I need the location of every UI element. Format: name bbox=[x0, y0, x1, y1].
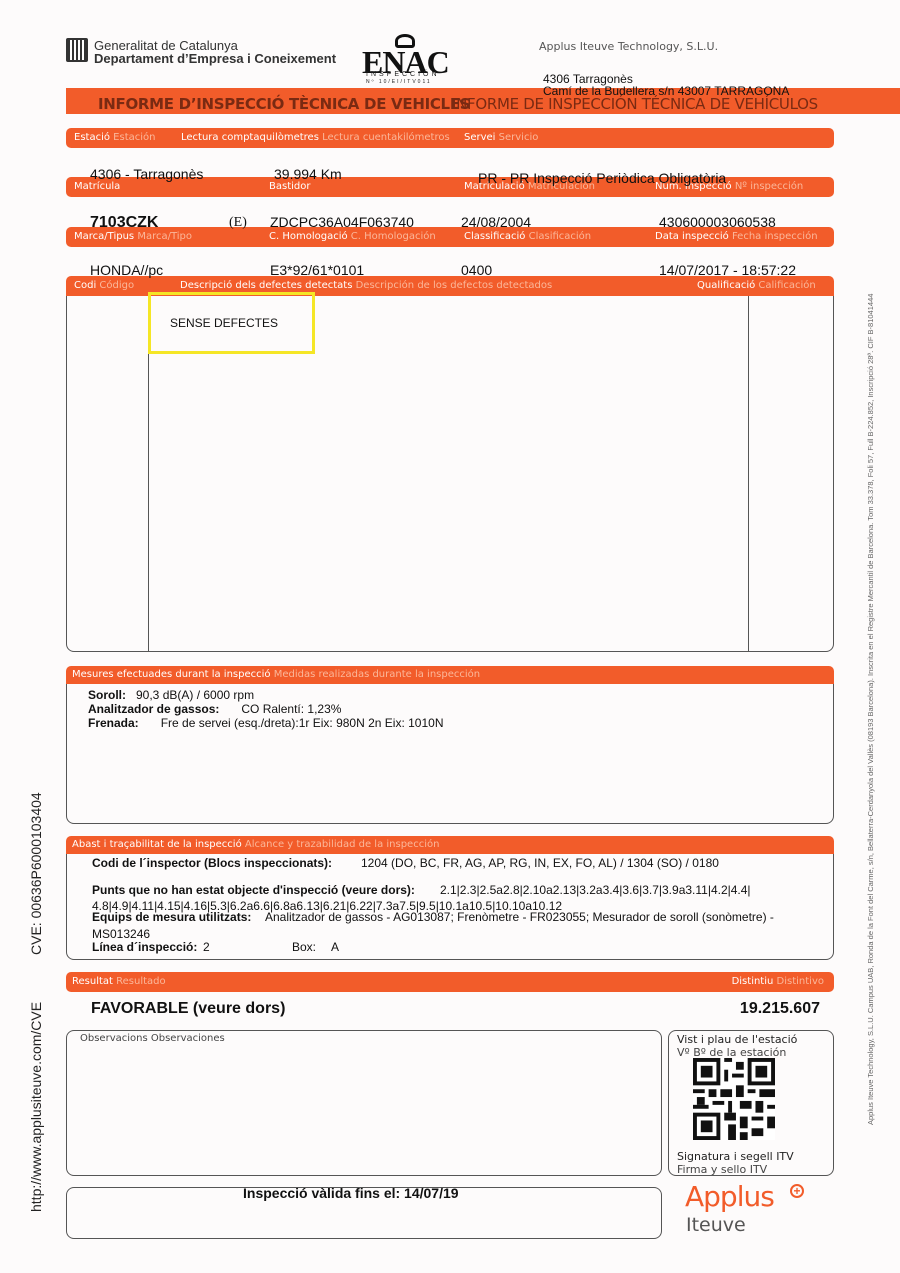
label-num-inspeccion: Nº inspección bbox=[735, 181, 803, 192]
measure-gassos: Analitzador de gassos:CO Ralentí: 1,23% bbox=[88, 702, 341, 716]
stamp-vist-ca: Vist i plau de l'estació bbox=[677, 1033, 797, 1046]
scope-box-value: A bbox=[331, 940, 339, 954]
value-matriculacio: 24/08/2004 bbox=[461, 214, 531, 230]
stamp-sign-es: Firma y sello ITV bbox=[677, 1163, 767, 1176]
scope-box-label: Box: bbox=[292, 940, 316, 954]
label-marca-es: Marca/Tipo bbox=[137, 231, 192, 242]
label-observacions: Observacions bbox=[80, 1033, 148, 1044]
value-servei: PR - PR Inspecció Periòdica Obligatòria bbox=[478, 170, 726, 186]
label-marca: Marca/Tipus bbox=[74, 231, 134, 242]
header-bar-measures: Mesures efectuades durant la inspecció M… bbox=[66, 666, 834, 684]
header-bar-marca: Marca/Tipus Marca/Tipo C. Homologació C.… bbox=[66, 227, 834, 247]
value-marca: HONDA//pc bbox=[90, 262, 163, 278]
label-calificacion: Calificación bbox=[758, 280, 815, 291]
gov-line2: Departament d’Empresa i Coneixement bbox=[94, 51, 336, 66]
label-resultat: Resultat bbox=[72, 976, 113, 987]
header-bar-station: Estació Estación Lectura comptaquilòmetr… bbox=[66, 128, 834, 148]
label-lectura-es: Lectura cuentakilómetros bbox=[322, 132, 450, 143]
scope-equips-value2: MS013246 bbox=[92, 927, 150, 941]
measure-value: CO Ralentí: 1,23% bbox=[241, 702, 341, 716]
observations-label: Observacions Observaciones bbox=[80, 1033, 225, 1044]
company-name: Applus Iteuve Technology, S.L.U. bbox=[539, 40, 718, 53]
value-country: (E) bbox=[229, 215, 247, 231]
label-observaciones: Observaciones bbox=[151, 1033, 225, 1044]
value-homologacio: E3*92/61*0101 bbox=[270, 262, 364, 278]
label-resultado: Resultado bbox=[116, 976, 166, 987]
measure-label: Frenada: bbox=[88, 716, 139, 730]
value-matricula: 7103CZK bbox=[90, 214, 158, 232]
side-legal: Applus Iteuve Technology, S.L.U. Campus … bbox=[866, 294, 875, 1125]
label-codigo: Código bbox=[99, 280, 134, 291]
qr-code-icon bbox=[693, 1058, 775, 1140]
label-distintiu: Distintiu bbox=[732, 976, 774, 987]
distintiu-value: 19.215.607 bbox=[740, 1000, 820, 1018]
value-data-inspeccio: 14/07/2017 - 18:57:22 bbox=[659, 262, 796, 278]
defects-divider-qual bbox=[748, 296, 749, 652]
scope-equips-value1: Analitzador de gassos - AG013087; Frenòm… bbox=[265, 910, 774, 924]
value-bastidor: ZDCPC36A04F063740 bbox=[270, 214, 414, 230]
enac-sub2: Nº 10/EI/ITV011 bbox=[366, 79, 432, 85]
label-abast: Abast i traçabilitat de la inspecció bbox=[72, 839, 242, 850]
title-ca: INFORME D’INSPECCIÓ TÈCNICA DE VEHICLES bbox=[98, 95, 470, 113]
measure-soroll: Soroll:90,3 dB(A) / 6000 rpm bbox=[88, 688, 254, 702]
side-url: http://www.applusiteuve.com/CVE bbox=[28, 1002, 44, 1212]
header-bar-result: Resultat Resultado Distintiu Distintivo bbox=[66, 972, 834, 992]
label-estacion: Estación bbox=[113, 132, 155, 143]
iteuve-logo: Iteuve bbox=[686, 1214, 746, 1236]
value-num-inspeccio: 430600003060538 bbox=[659, 214, 776, 230]
scope-linea-label: Línea d´inspecció: bbox=[92, 940, 197, 954]
label-homologacio: C. Homologació bbox=[269, 231, 348, 242]
label-classificacio: Classificació bbox=[464, 231, 525, 242]
header-bar-scope: Abast i traçabilitat de la inspecció Alc… bbox=[66, 836, 834, 854]
label-distintivo: Distintivo bbox=[777, 976, 824, 987]
scope-linea-value: 2 bbox=[203, 940, 210, 954]
label-homologacion: C. Homologación bbox=[351, 231, 436, 242]
observations-box bbox=[66, 1030, 662, 1176]
label-estacio: Estació bbox=[74, 132, 110, 143]
label-fecha: Fecha inspección bbox=[732, 231, 818, 242]
label-alcance: Alcance y trazabilidad de la inspección bbox=[245, 839, 440, 850]
label-mesures: Mesures efectuades durant la inspecció bbox=[72, 669, 271, 680]
enac-sub1: INSPECCIÓN bbox=[366, 71, 440, 78]
generalitat-logo bbox=[66, 38, 88, 62]
label-qualificacio: Qualificació bbox=[697, 280, 755, 291]
label-medidas: Medidas realizadas durante la inspección bbox=[274, 669, 480, 680]
scope-inspector-value: 1204 (DO, BC, FR, AG, AP, RG, IN, EX, FO… bbox=[361, 856, 719, 870]
side-cve: CVE: 00636P6000103404 bbox=[28, 792, 44, 955]
label-descripcion: Descripción de los defectos detectados bbox=[356, 280, 553, 291]
stamp-sign-ca: Signatura i segell ITV bbox=[677, 1150, 794, 1163]
title-es: INFORME DE INSPECCIÓN TÉCNICA DE VEHÍCUL… bbox=[452, 95, 818, 113]
measure-label: Soroll: bbox=[88, 688, 126, 702]
label-lectura: Lectura comptaquilòmetres bbox=[181, 132, 319, 143]
label-codi: Codi bbox=[74, 280, 96, 291]
label-servei: Servei bbox=[464, 132, 495, 143]
label-descripcio: Descripció dels defectes detectats bbox=[180, 280, 352, 291]
measure-value: Fre de servei (esq./dreta):1r Eix: 980N … bbox=[161, 716, 444, 730]
scope-points-label: Punts que no han estat objecte d'inspecc… bbox=[92, 883, 415, 897]
label-clasificacion: Clasificación bbox=[529, 231, 592, 242]
scope-points-value1: 2.1|2.3|2.5a2.8|2.10a2.13|3.2a3.4|3.6|3.… bbox=[440, 883, 751, 897]
validity-text: Inspecció vàlida fins el: 14/07/19 bbox=[243, 1185, 459, 1201]
measure-value: 90,3 dB(A) / 6000 rpm bbox=[136, 688, 254, 702]
measure-label: Analitzador de gassos: bbox=[88, 702, 219, 716]
result-value: FAVORABLE (veure dors) bbox=[91, 1000, 285, 1018]
scope-inspector-label: Codi de l´inspector (Blocs inspeccionats… bbox=[92, 856, 332, 870]
value-classificacio: 0400 bbox=[461, 262, 492, 278]
label-data: Data inspecció bbox=[655, 231, 729, 242]
scope-equips-label: Equips de mesura utilitzats: bbox=[92, 910, 251, 924]
defects-result: SENSE DEFECTES bbox=[170, 316, 278, 330]
value-lectura: 39.994 Km bbox=[274, 166, 342, 182]
value-estacio: 4306 - Tarragonès bbox=[90, 166, 203, 182]
label-servicio: Servicio bbox=[499, 132, 539, 143]
measure-frenada: Frenada:Fre de servei (esq./dreta):1r Ei… bbox=[88, 716, 443, 730]
applus-plus-icon: + bbox=[790, 1184, 804, 1198]
applus-logo: Applus bbox=[685, 1180, 774, 1213]
